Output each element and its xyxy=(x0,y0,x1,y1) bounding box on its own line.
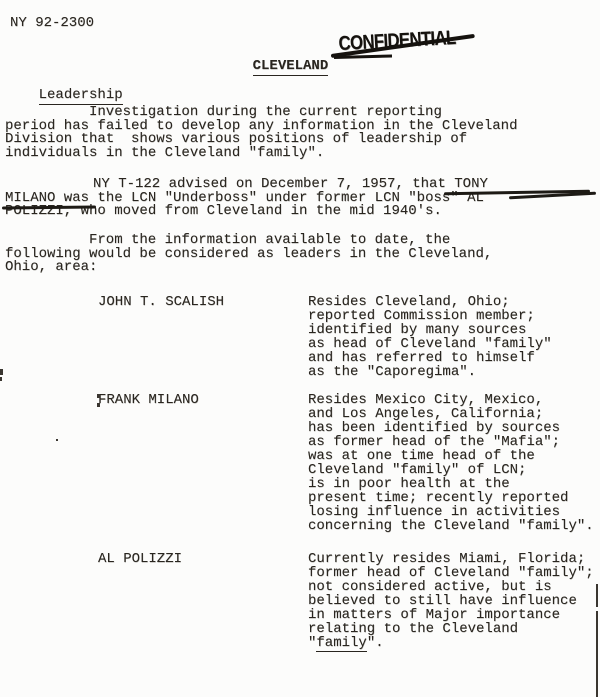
description-line: losing influence in activities xyxy=(308,505,593,519)
section-heading-text: Leadership xyxy=(39,87,123,105)
scan-edge-line xyxy=(596,584,598,607)
scan-speck xyxy=(56,439,58,441)
description-line: has been identified by sources xyxy=(308,421,593,435)
leader-description: Resides Mexico City, Mexico, and Los Ang… xyxy=(308,393,593,533)
description-line: is in poor health at the xyxy=(308,477,593,491)
description-line: believed to still have influence xyxy=(308,594,593,608)
paragraph-2: NY T-122 advised on December 7, 1957, th… xyxy=(5,178,488,219)
description-line: and has referred to himself xyxy=(308,351,593,365)
description-line: as former head of the "Mafia"; xyxy=(308,435,593,449)
leader-description: Resides Cleveland, Ohio; reported Commis… xyxy=(308,295,593,379)
description-line: was at one time head of the xyxy=(308,449,593,463)
leader-description: Currently resides Miami, Florida; former… xyxy=(308,552,593,650)
description-line: identified by many sources xyxy=(308,323,593,337)
scan-speck xyxy=(0,377,2,381)
text-segment: ". xyxy=(367,635,384,651)
description-line: "family". xyxy=(308,636,593,650)
scan-speck xyxy=(97,403,100,407)
description-line: former head of Cleveland "family"; xyxy=(308,566,593,580)
document-title: CLEVELAND xyxy=(219,46,328,87)
scan-edge-line xyxy=(596,611,598,697)
stamp-strikethrough-smudge xyxy=(334,54,392,58)
paragraph-3: From the information available to date, … xyxy=(5,234,492,275)
scan-speck xyxy=(97,394,100,398)
case-number: NY 92-2300 xyxy=(10,17,94,31)
leader-name: AL POLIZZI xyxy=(98,552,182,566)
document-title-text: CLEVELAND xyxy=(253,58,329,76)
description-line: not considered active, but is xyxy=(308,580,593,594)
description-line: Resides Cleveland, Ohio; xyxy=(308,295,593,309)
description-line: Resides Mexico City, Mexico, xyxy=(308,393,593,407)
description-line: as the "Caporegima". xyxy=(308,365,593,379)
paragraph-line: Ohio, area: xyxy=(5,261,492,275)
description-line: and Los Angeles, California; xyxy=(308,407,593,421)
leader-name: FRANK MILANO xyxy=(98,393,199,407)
description-line: present time; recently reported xyxy=(308,491,593,505)
description-line: Cleveland "family" of LCN; xyxy=(308,463,593,477)
description-line: in matters of Major importance xyxy=(308,608,593,622)
description-line: reported Commission member; xyxy=(308,309,593,323)
underlined-word-family: family xyxy=(316,635,366,652)
paragraph-line: individuals in the Cleveland "family". xyxy=(5,147,517,161)
paragraph-1: Investigation during the current reporti… xyxy=(5,106,517,160)
description-line: relating to the Cleveland xyxy=(308,622,593,636)
description-line: as head of Cleveland "family" xyxy=(308,337,593,351)
leader-name: JOHN T. SCALISH xyxy=(98,295,224,309)
description-line: Currently resides Miami, Florida; xyxy=(308,552,593,566)
scan-speck xyxy=(0,369,3,375)
description-line: concerning the Cleveland "family". xyxy=(308,519,593,533)
scanned-document-page: NY 92-2300 CLEVELAND CONFIDENTIAL Leader… xyxy=(0,0,600,697)
